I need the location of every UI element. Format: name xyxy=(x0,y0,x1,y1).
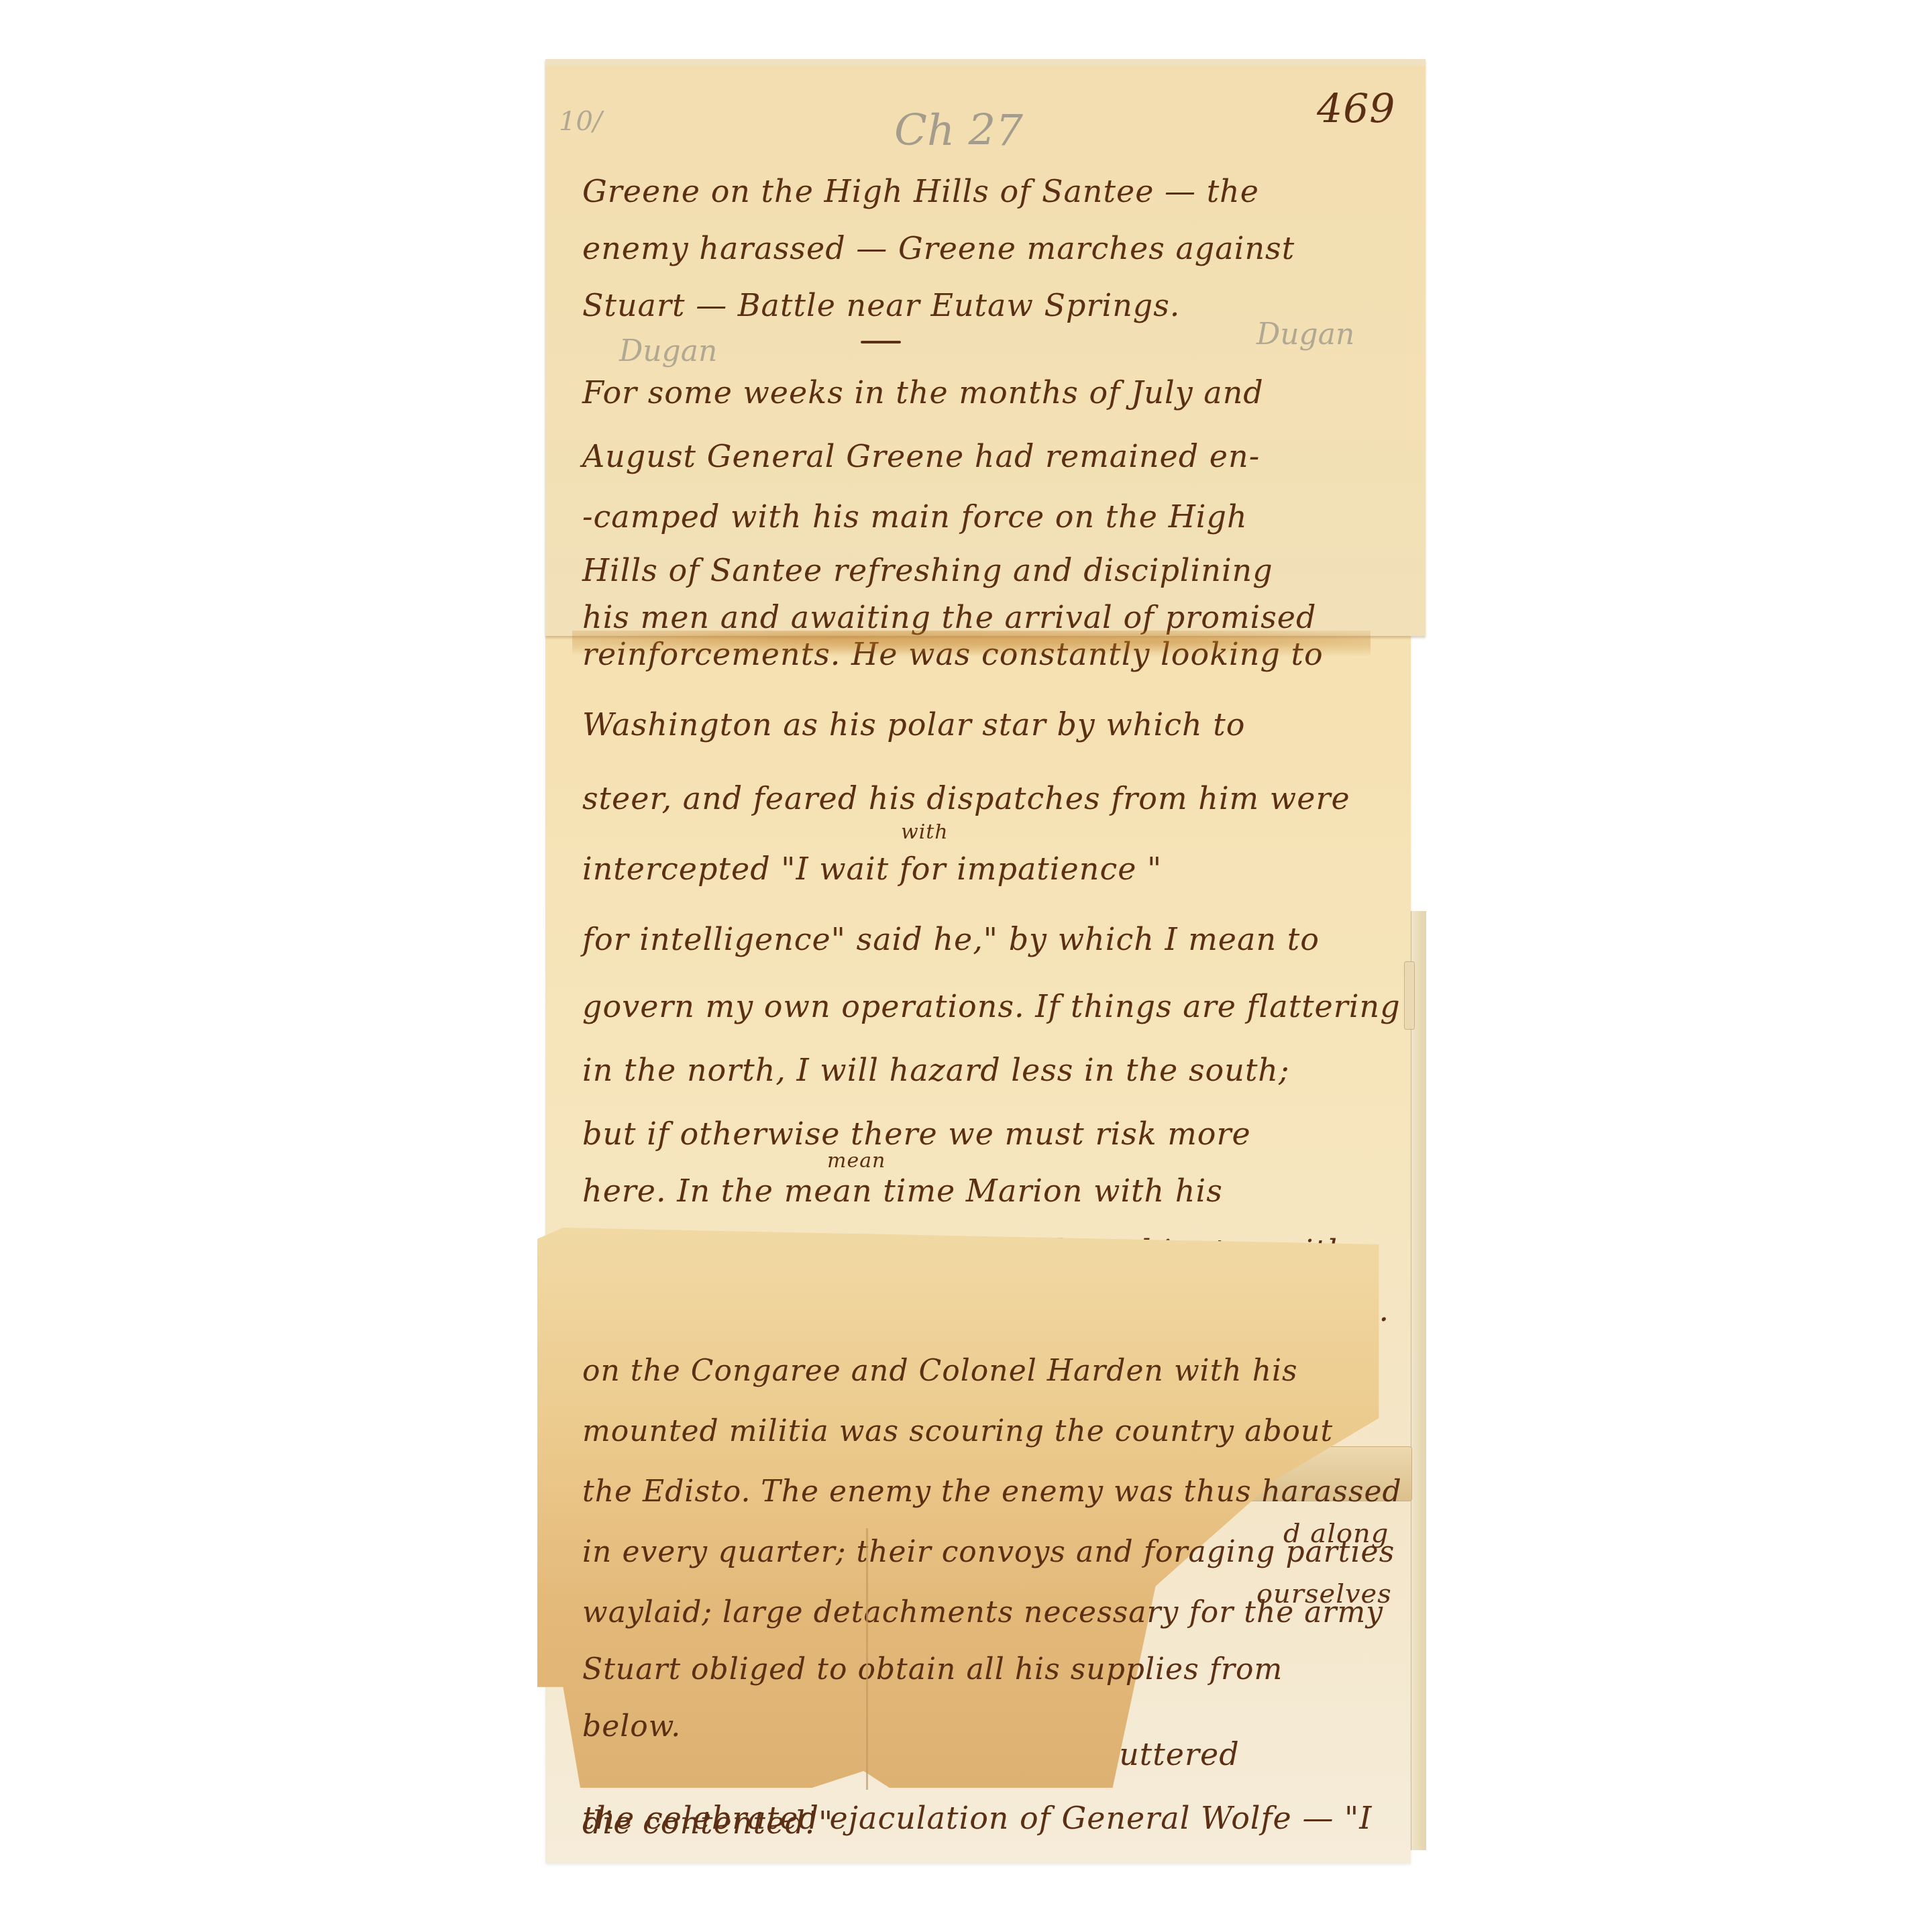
text-line: Washington as his polar star by which to xyxy=(582,706,1245,743)
text-line: Hills of Santee refreshing and disciplin… xyxy=(582,552,1273,588)
slip-crack xyxy=(866,1528,868,1790)
slip-text-line: below. xyxy=(582,1709,681,1743)
text-line: -camped with his main force on the High xyxy=(582,498,1248,535)
text-line: for intelligence" said he," by which I m… xyxy=(582,921,1320,957)
top-pasted-slip: 10/ Ch 27 469 Greene on the High Hills o… xyxy=(545,59,1426,636)
text-line: intercepted "I wait for impatience " xyxy=(582,851,1162,887)
chapter-mark: Ch 27 xyxy=(894,106,1023,156)
corner-mark: 10/ xyxy=(559,106,602,137)
text-line: but if otherwise there we must risk more xyxy=(582,1116,1251,1152)
slip-text-line: mounted militia was scouring the country… xyxy=(582,1414,1333,1448)
text-line: steer, and feared his dispatches from hi… xyxy=(582,780,1350,816)
insertion-mean: mean xyxy=(827,1149,885,1173)
slip-text-line: the Edisto. The enemy the enemy was thus… xyxy=(582,1474,1402,1509)
text-line: govern my own operations. If things are … xyxy=(582,988,1401,1024)
folio-number: 469 xyxy=(1317,86,1396,133)
slip-text-line: Stuart obliged to obtain all his supplie… xyxy=(582,1652,1283,1686)
insertion-with: with xyxy=(901,820,949,844)
manuscript-page: reinforcements. He was constantly lookin… xyxy=(545,59,1426,1864)
text-line: For some weeks in the months of July and xyxy=(582,374,1264,411)
slip-text-line: in every quarter; their convoys and fora… xyxy=(582,1535,1395,1569)
pencil-name: Dugan xyxy=(1256,317,1354,352)
slip-text-line: waylaid; large detachments necessary for… xyxy=(582,1595,1383,1629)
glue-stain xyxy=(572,631,1371,657)
heading-line: enemy harassed — Greene marches against xyxy=(582,230,1295,266)
text-line: here. In the mean time Marion with his xyxy=(582,1173,1223,1209)
pencil-name: Dugan xyxy=(619,334,717,368)
heading-rule xyxy=(861,341,901,343)
bottom-text-line: die contented!" xyxy=(582,1805,833,1841)
text-line: in the north, I will hazard less in the … xyxy=(582,1052,1290,1088)
text-line: August General Greene had remained en- xyxy=(582,438,1260,474)
heading-line: Stuart — Battle near Eutaw Springs. xyxy=(582,287,1180,323)
underlying-sheets-edge xyxy=(1411,911,1426,1850)
text-line: his men and awaiting the arrival of prom… xyxy=(582,599,1317,635)
sheet-tab xyxy=(1404,961,1415,1030)
slip-text-line: on the Congaree and Colonel Harden with … xyxy=(582,1354,1298,1388)
heading-line: Greene on the High Hills of Santee — the xyxy=(582,173,1259,209)
